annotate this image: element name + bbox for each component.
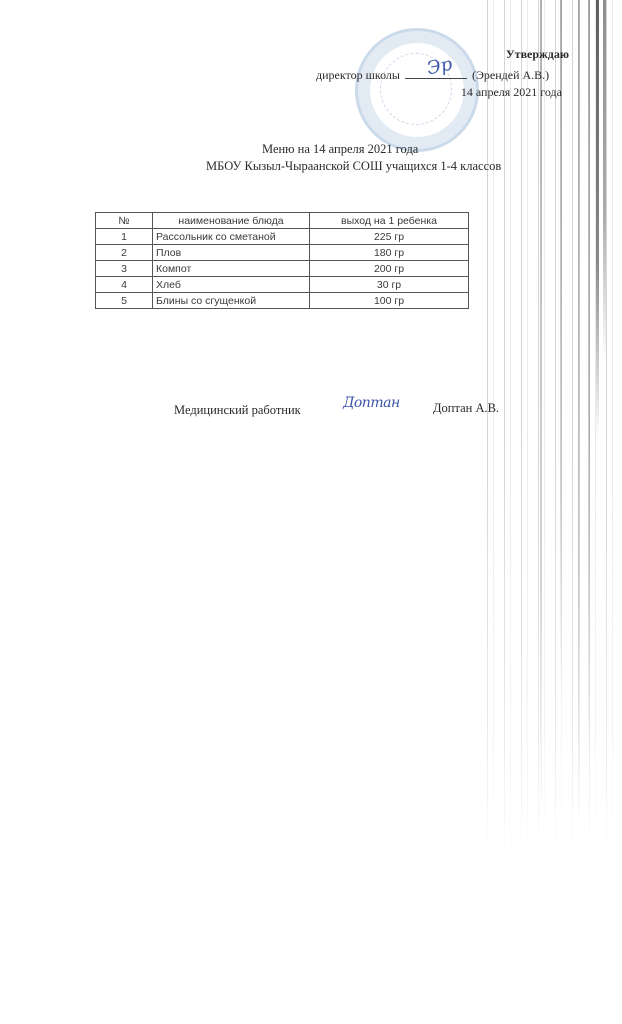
row-number: 1 [96,229,153,245]
row-number: 4 [96,277,153,293]
menu-title: Меню на 14 апреля 2021 года [262,142,418,157]
table-header-row: № наименование блюда выход на 1 ребенка [96,213,469,229]
director-name: (Эрендей А.В.) [472,68,549,82]
row-portion: 225 гр [310,229,469,245]
scanner-streak [560,0,562,700]
row-number: 5 [96,293,153,309]
scanner-streak [588,0,590,760]
school-title: МБОУ Кызыл-Чыраанской СОШ учащихся 1-4 к… [206,159,501,174]
scanner-streak [603,0,606,360]
row-portion: 200 гр [310,261,469,277]
medical-signature: Доптан [343,395,400,411]
table-row: 2 Плов 180 гр [96,245,469,261]
medical-worker-name: Доптан А.В. [433,401,499,416]
director-label: директор школы [316,68,400,82]
row-number: 3 [96,261,153,277]
row-dish: Хлеб [153,277,310,293]
header-number: № [96,213,153,229]
table-row: 1 Рассольник со сметаной 225 гр [96,229,469,245]
row-portion: 30 гр [310,277,469,293]
row-portion: 100 гр [310,293,469,309]
approval-heading: Утверждаю [506,47,569,62]
scanner-streak [578,0,580,820]
menu-table: № наименование блюда выход на 1 ребенка … [95,212,469,309]
row-dish: Рассольник со сметаной [153,229,310,245]
medical-worker-label: Медицинский работник [174,403,301,418]
table-row: 3 Компот 200 гр [96,261,469,277]
scanner-streaks [482,0,622,860]
approval-date: 14 апреля 2021 года [461,85,562,100]
scanner-streak [596,0,599,440]
table-row: 5 Блины со сгущенкой 100 гр [96,293,469,309]
header-dish: наименование блюда [153,213,310,229]
row-dish: Блины со сгущенкой [153,293,310,309]
row-dish: Компот [153,261,310,277]
table-row: 4 Хлеб 30 гр [96,277,469,293]
scanner-streak [540,0,542,820]
row-dish: Плов [153,245,310,261]
row-portion: 180 гр [310,245,469,261]
row-number: 2 [96,245,153,261]
header-portion: выход на 1 ребенка [310,213,469,229]
